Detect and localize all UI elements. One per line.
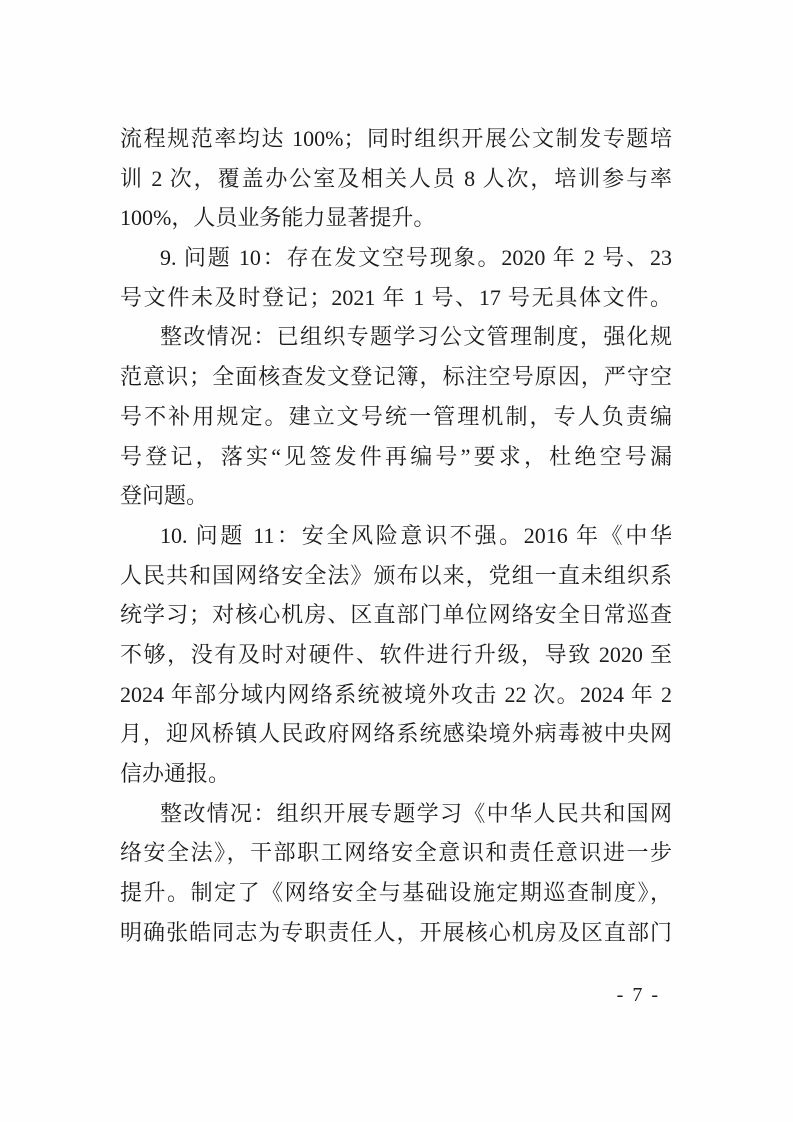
text-line: 范意识；全面核查发文登记簿，标注空号原因，严守空	[120, 357, 672, 397]
text-line: 月，迎风桥镇人民政府网络系统感染境外病毒被中央网	[120, 714, 672, 754]
text-line: 登问题。	[120, 476, 672, 516]
text-line: 明确张皓同志为专职责任人，开展核心机房及区直部门	[120, 913, 672, 953]
text-line: 不够，没有及时对硬件、软件进行升级，导致 2020 至	[120, 635, 672, 675]
text-line: 信办通报。	[120, 754, 672, 794]
text-line: 提升。制定了《网络安全与基础设施定期巡查制度》，	[120, 873, 672, 913]
text-line: 训 2 次，覆盖办公室及相关人员 8 人次，培训参与率	[120, 159, 672, 199]
text-line: 整改情况：已组织专题学习公文管理制度，强化规	[120, 317, 672, 357]
text-line: 统学习；对核心机房、区直部门单位网络安全日常巡查	[120, 595, 672, 635]
text-line: 络安全法》，干部职工网络安全意识和责任意识进一步	[120, 833, 672, 873]
text-line: 100%，人员业务能力显著提升。	[120, 198, 672, 238]
text-line: 号文件未及时登记；2021 年 1 号、17 号无具体文件。	[120, 278, 672, 318]
text-line: 号登记，落实“见签发件再编号”要求，杜绝空号漏	[120, 437, 672, 477]
text-line: 号不补用规定。建立文号统一管理机制，专人负责编	[120, 397, 672, 437]
text-line: 10. 问题 11：安全风险意识不强。2016 年《中华	[120, 516, 672, 556]
text-line: 流程规范率均达 100%；同时组织开展公文制发专题培	[120, 119, 672, 159]
text-line: 人民共和国网络安全法》颁布以来，党组一直未组织系	[120, 556, 672, 596]
document-page: 流程规范率均达 100%；同时组织开展公文制发专题培 训 2 次，覆盖办公室及相…	[0, 0, 793, 1122]
page-number: - 7 -	[120, 984, 660, 1007]
text-line: 2024 年部分域内网络系统被境外攻击 22 次。2024 年 2	[120, 675, 672, 715]
text-line: 整改情况：组织开展专题学习《中华人民共和国网	[120, 794, 672, 834]
text-line: 9. 问题 10：存在发文空号现象。2020 年 2 号、23	[120, 238, 672, 278]
document-body-text: 流程规范率均达 100%；同时组织开展公文制发专题培 训 2 次，覆盖办公室及相…	[120, 119, 672, 952]
